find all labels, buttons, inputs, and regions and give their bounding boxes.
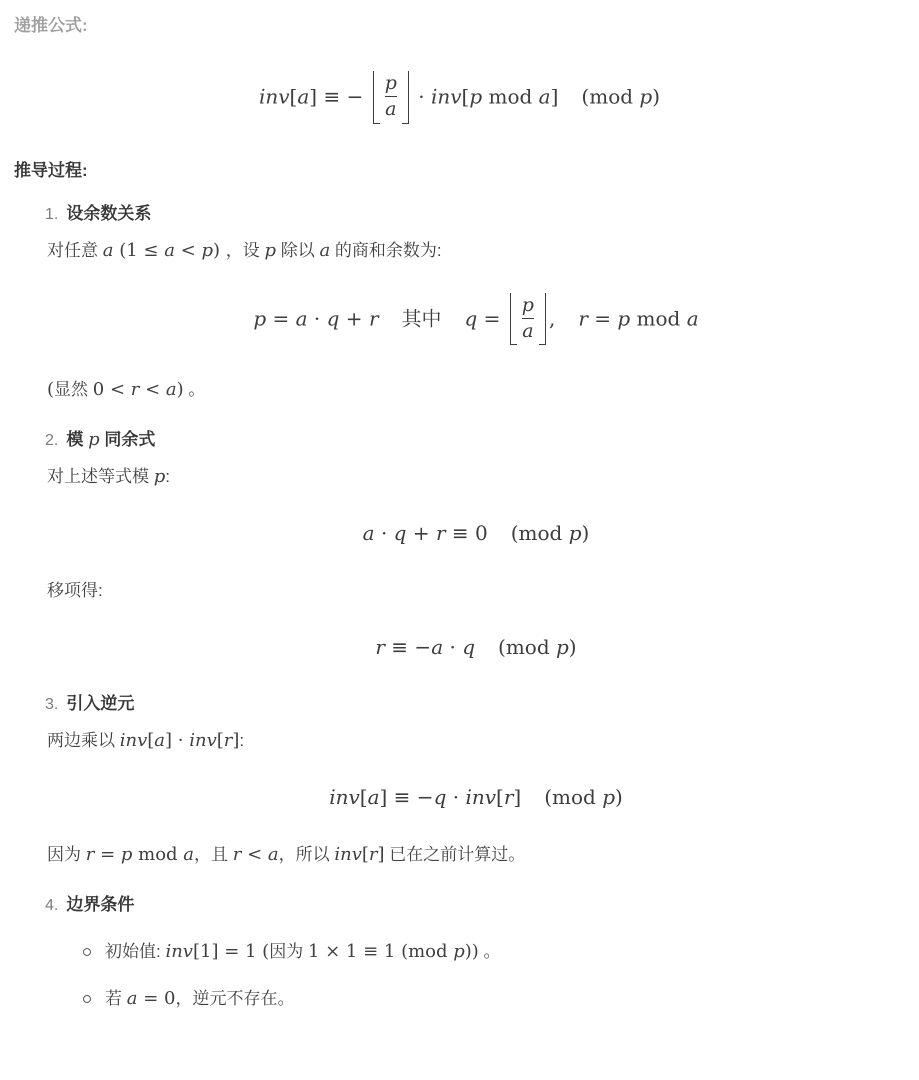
derivation-steps: 1.设余数关系 对任意 a (1 ≤ a < p) ，设 p 除以 a 的商和余… [14,201,905,1013]
paragraph: 因为 r = p mod a，且 r < a，所以 inv[r] 已在之前计算过… [47,841,905,868]
floor-fraction: pa [510,293,546,346]
step-title: 边界条件 [66,895,134,914]
paragraph: 移项得: [47,577,905,604]
step-title-line: 4.边界条件 [45,892,905,918]
step-number: 2. [45,432,58,449]
list-item-text: 若 a = 0，逆元不存在。 [105,985,294,1012]
step-2-mod-congruence: 2.模 p 同余式 对上述等式模 p: a · q + r ≡ 0(mod p)… [45,427,905,661]
step-body: 对上述等式模 p: a · q + r ≡ 0(mod p) 移项得: r ≡ … [47,463,905,661]
markdown-document: 递推公式: inv[a] ≡ − pa · inv[p mod a](mod p… [0,0,919,1080]
list-item-zero-case: 若 a = 0，逆元不存在。 [83,985,905,1012]
step-title-line: 2.模 p 同余式 [45,427,905,453]
step-title: 引入逆元 [66,694,134,713]
step-3-introduce-inverse: 3.引入逆元 两边乘以 inv[a] · inv[r]: inv[a] ≡ −q… [45,691,905,868]
paragraph: 两边乘以 inv[a] · inv[r]: [47,727,905,754]
paragraph: (显然 0 < r < a) 。 [47,376,905,403]
circle-bullet-icon [83,948,91,956]
step-number: 1. [45,206,58,223]
congruence-formula: a · q + r ≡ 0(mod p) [47,520,905,547]
recurrence-heading: 递推公式: [14,14,905,38]
paragraph: 对上述等式模 p: [47,463,905,490]
step-1-remainder-relation: 1.设余数关系 对任意 a (1 ≤ a < p) ，设 p 除以 a 的商和余… [45,201,905,404]
derivation-heading: 推导过程: [14,159,905,183]
step-number: 3. [45,696,58,713]
step-title: 设余数关系 [66,204,151,223]
step-body: 对任意 a (1 ≤ a < p) ，设 p 除以 a 的商和余数为: p = … [47,237,905,404]
step-title-line: 3.引入逆元 [45,691,905,717]
list-item-initial-value: 初始值: inv[1] = 1 (因为 1 × 1 ≡ 1 (mod p)) 。 [83,938,905,965]
recurrence-formula: inv[a] ≡ − pa · inv[p mod a](mod p) [14,72,905,125]
circle-bullet-icon [83,995,91,1003]
floor-fraction: pa [373,71,409,124]
rearranged-formula: r ≡ −a · q(mod p) [47,634,905,661]
step-title: 模 p 同余式 [66,430,155,449]
step-number: 4. [45,897,58,914]
step-4-boundary-conditions: 4.边界条件 初始值: inv[1] = 1 (因为 1 × 1 ≡ 1 (mo… [45,892,905,1012]
step-title-line: 1.设余数关系 [45,201,905,227]
step-body: 两边乘以 inv[a] · inv[r]: inv[a] ≡ −q · inv[… [47,727,905,868]
paragraph: 对任意 a (1 ≤ a < p) ，设 p 除以 a 的商和余数为: [47,237,905,264]
inverse-formula: inv[a] ≡ −q · inv[r](mod p) [47,784,905,811]
list-item-text: 初始值: inv[1] = 1 (因为 1 × 1 ≡ 1 (mod p)) 。 [105,938,501,965]
quotient-remainder-formula: p = a · q + r其中q = pa,r = p mod a [47,294,905,347]
step-body: 初始值: inv[1] = 1 (因为 1 × 1 ≡ 1 (mod p)) 。… [47,938,905,1012]
